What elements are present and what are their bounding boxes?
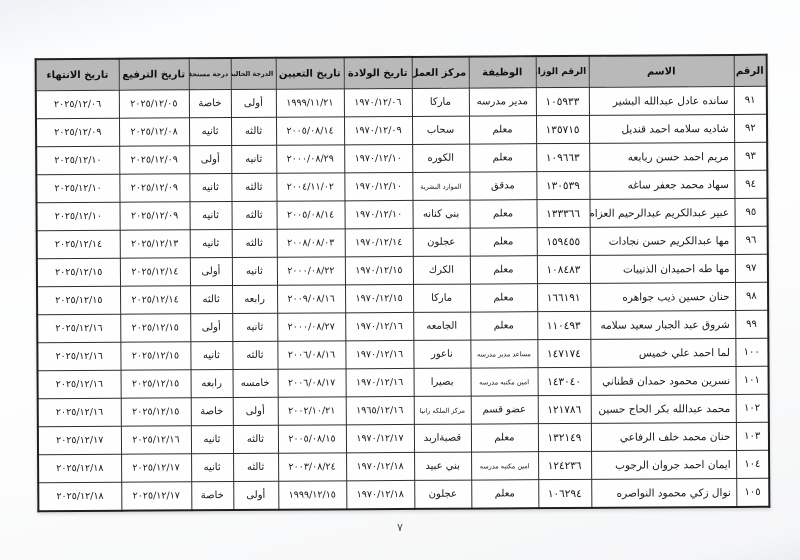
- cell-current_grade: أولى: [233, 397, 278, 425]
- cell-hire_date: ٢٠٠٤/١١/٠٢: [276, 173, 344, 201]
- cell-job: عضو قسم: [471, 396, 538, 424]
- cell-job: معلم: [469, 144, 536, 172]
- cell-current_grade: ثالثه: [231, 201, 276, 229]
- cell-birth_date: ١٩٧٠/١٢/٠٩: [344, 116, 412, 144]
- cell-ministry_no: ١٠٨٤٨٣: [537, 255, 590, 283]
- cell-ministry_no: ١١٠٤٩٣: [537, 311, 590, 339]
- cell-work_center: بني عبيد: [414, 452, 471, 480]
- cell-job: معلم: [470, 256, 537, 284]
- table-row: ٩١سانده عادل عبدالله البشير١٠٥٩٣٣مدير مد…: [36, 86, 767, 118]
- cell-current_grade: ثالثه: [231, 117, 276, 145]
- cell-due_grade: أولى: [190, 258, 232, 286]
- table-row: ٩٩شروق عبد الجبار سعيد سلامه١١٠٤٩٣معلمال…: [37, 310, 768, 342]
- table-row: ٩٦مها عبدالكريم حسن نجادات١٥٩٤٥٥معلمعجلو…: [37, 226, 768, 258]
- cell-current_grade: أولى: [233, 481, 278, 510]
- cell-work_center: الكوره: [412, 144, 469, 172]
- cell-end_date: ٢٠٢٥/١٢/١٠: [37, 202, 120, 231]
- cell-hire_date: ٢٠٠٣/٠٨/٢٤: [278, 453, 346, 481]
- cell-end_date: ٢٠٢٥/١٢/١٥: [37, 286, 120, 315]
- cell-work_center: عجلون: [413, 228, 470, 256]
- cell-due_grade: ثانيه: [189, 118, 231, 146]
- column-header-work_center: مركز العمل: [412, 57, 469, 89]
- cell-hire_date: ٢٠٠٥/٠٨/١٥: [278, 425, 346, 453]
- cell-promotion_date: ٢٠٢٥/١٢/١٥: [120, 314, 190, 342]
- column-header-birth_date: تاريخ الولادة: [344, 57, 412, 89]
- column-header-due_grade: درجة مستحقة: [189, 58, 231, 90]
- cell-due_grade: ثانيه: [191, 454, 233, 482]
- cell-birth_date: ١٩٧٠/١٢/١٨: [346, 452, 414, 480]
- cell-end_date: ٢٠٢٥/١٢/١٦: [38, 370, 121, 399]
- cell-current_grade: ثالثه: [231, 173, 276, 201]
- cell-due_grade: أولى: [190, 314, 232, 342]
- cell-num: ٩٥: [734, 198, 767, 226]
- cell-name: مها عبدالكريم حسن نجادات: [590, 226, 735, 255]
- cell-current_grade: ثالثه: [233, 425, 278, 453]
- cell-birth_date: ١٩٧٠/١٢/١٦: [345, 312, 413, 340]
- cell-ministry_no: ١٣٥٧١٥: [536, 115, 589, 143]
- cell-job: مدير مدرسه: [469, 88, 536, 116]
- document-page: الرقمالاسمالرقم الوزاريالوظيفةمركز العمل…: [0, 0, 800, 560]
- cell-current_grade: ثالثه: [233, 453, 278, 481]
- column-header-num: الرقم: [734, 55, 767, 87]
- column-header-job: الوظيفة: [469, 56, 536, 88]
- cell-name: حنان محمد خلف الرفاعي: [591, 422, 736, 451]
- cell-ministry_no: ١٢٤٢٣٦: [538, 451, 591, 479]
- cell-ministry_no: ١٣٢١٤٩: [538, 423, 591, 451]
- cell-end_date: ٢٠٢٥/١٢/١٦: [37, 314, 120, 343]
- cell-hire_date: ٢٠٠٩/٠٨/١٦: [277, 285, 345, 313]
- cell-work_center: ناعور: [413, 340, 470, 368]
- cell-name: مريم احمد حسن ربابعه: [589, 142, 734, 171]
- column-header-hire_date: تاريخ التعيين: [276, 57, 344, 89]
- cell-promotion_date: ٢٠٢٥/١٢/١٧: [121, 454, 191, 482]
- cell-due_grade: ثانيه: [191, 426, 233, 454]
- cell-birth_date: ١٩٧٠/١٢/١٠: [344, 172, 412, 200]
- cell-ministry_no: ١٠٦٢٩٤: [538, 479, 591, 508]
- cell-name: حنان حسين ذيب جواهره: [590, 282, 735, 311]
- cell-end_date: ٢٠٢٥/١٢/١٤: [37, 230, 120, 259]
- cell-birth_date: ١٩٧٠/١٢/٠٦: [344, 88, 412, 116]
- cell-end_date: ٢٠٢٥/١٢/٠٩: [36, 118, 119, 147]
- cell-promotion_date: ٢٠٢٥/١٢/١٧: [121, 482, 191, 511]
- cell-end_date: ٢٠٢٥/١٢/١٠: [36, 146, 119, 175]
- cell-promotion_date: ٢٠٢٥/١٢/١٤: [120, 286, 190, 314]
- cell-end_date: ٢٠٢٥/١٢/١٨: [38, 454, 121, 483]
- cell-name: مها طه احميدان الذنيبات: [590, 254, 735, 283]
- cell-name: محمد عبدالله بكر الحاج حسين: [591, 394, 736, 423]
- cell-due_grade: ثانيه: [190, 342, 232, 370]
- table-row: ٩٧مها طه احميدان الذنيبات١٠٨٤٨٣معلمالكرك…: [37, 254, 768, 286]
- cell-end_date: ٢٠٢٥/١٢/٠٦: [36, 90, 119, 119]
- cell-due_grade: ثانيه: [190, 202, 232, 230]
- cell-ministry_no: ١٤٧١٧٤: [537, 339, 590, 367]
- cell-work_center: ماركا: [412, 88, 469, 116]
- column-header-ministry_no: الرقم الوزاري: [536, 56, 589, 88]
- cell-name: لما احمد علي خميس: [590, 338, 735, 367]
- cell-work_center: قصبةاربد: [414, 424, 471, 452]
- cell-birth_date: ١٩٧٠/١٢/١٥: [345, 256, 413, 284]
- cell-job: معلم: [470, 228, 537, 256]
- cell-num: ٩٨: [735, 282, 768, 310]
- cell-job: امين مكتبه مدرسه: [471, 452, 538, 480]
- cell-name: شاديه سلامه احمد قنديل: [589, 114, 734, 143]
- cell-hire_date: ٢٠٠٥/٠٨/١٤: [276, 201, 344, 229]
- table-row: ١٠٣حنان محمد خلف الرفاعي١٣٢١٤٩معلمقصبةار…: [38, 422, 769, 454]
- cell-current_grade: رابعه: [232, 285, 277, 313]
- cell-hire_date: ٢٠٠٨/٠٨/٠٣: [277, 229, 345, 257]
- cell-current_grade: ثانيه: [232, 313, 277, 341]
- cell-promotion_date: ٢٠٢٥/١٢/١٣: [120, 230, 190, 258]
- cell-due_grade: رابعه: [191, 370, 233, 398]
- cell-work_center: مركز الملكه رانيا: [414, 396, 471, 424]
- cell-current_grade: ثالثه: [232, 341, 277, 369]
- cell-promotion_date: ٢٠٢٥/١٢/١٦: [121, 426, 191, 454]
- cell-current_grade: ثانيه: [231, 145, 276, 173]
- cell-work_center: بني كنانه: [412, 200, 469, 228]
- column-header-promotion_date: تاريخ الترفيع: [119, 58, 189, 90]
- cell-name: سانده عادل عبدالله البشير: [589, 86, 734, 115]
- cell-promotion_date: ٢٠٢٥/١٢/٠٨: [119, 118, 189, 146]
- column-header-name: الاسم: [589, 55, 734, 87]
- table-row: ٩٣مريم احمد حسن ربابعه١٠٩٦٦٣معلمالكوره١٩…: [36, 142, 767, 174]
- cell-promotion_date: ٢٠٢٥/١٢/١٥: [121, 370, 191, 398]
- cell-birth_date: ١٩٧٠/١٢/١٠: [344, 200, 412, 228]
- cell-name: سهاد محمد جعفر ساغه: [589, 170, 734, 199]
- cell-num: ١٠٥: [736, 478, 769, 507]
- cell-birth_date: ١٩٧٠/١٢/١٤: [345, 228, 413, 256]
- table-row: ٩٢شاديه سلامه احمد قنديل١٣٥٧١٥معلمسحاب١٩…: [36, 114, 767, 146]
- cell-promotion_date: ٢٠٢٥/١٢/١٤: [120, 258, 190, 286]
- table-row: ١٠٥نوال زكي محمود النواصره١٠٦٢٩٤معلمعجلو…: [38, 478, 769, 511]
- cell-num: ٩٦: [735, 226, 768, 254]
- table-row: ٩٤سهاد محمد جعفر ساغه١٣٠٥٣٩مدققالموارد ا…: [36, 170, 767, 202]
- cell-birth_date: ١٩٦٥/١٢/١٦: [346, 396, 414, 424]
- cell-hire_date: ١٩٩٩/١١/٢١: [276, 89, 344, 117]
- cell-hire_date: ٢٠٠٠/٠٨/٢٧: [277, 313, 345, 341]
- cell-work_center: بصيرا: [414, 368, 471, 396]
- cell-ministry_no: ١٦٦١٩١: [537, 283, 590, 311]
- column-header-end_date: تاريخ الانتهاء: [36, 59, 119, 91]
- cell-promotion_date: ٢٠٢٥/١٢/١٥: [121, 398, 191, 426]
- cell-job: معلم: [471, 424, 538, 452]
- cell-end_date: ٢٠٢٥/١٢/١٥: [37, 258, 120, 287]
- cell-current_grade: ثالثه: [232, 229, 277, 257]
- cell-num: ٩٣: [734, 142, 767, 170]
- cell-promotion_date: ٢٠٢٥/١٢/٠٩: [120, 202, 190, 230]
- table-row: ٩٨حنان حسين ذيب جواهره١٦٦١٩١معلمماركا١٩٧…: [37, 282, 768, 314]
- cell-promotion_date: ٢٠٢٥/١٢/٠٩: [119, 146, 189, 174]
- cell-job: معلم: [471, 480, 538, 509]
- cell-hire_date: ٢٠٠٦/٠٨/١٦: [277, 341, 345, 369]
- cell-end_date: ٢٠٢٥/١٢/١٧: [38, 426, 121, 455]
- cell-num: ١٠٣: [736, 422, 769, 450]
- cell-due_grade: ثالثه: [190, 286, 232, 314]
- cell-ministry_no: ١٠٥٩٣٣: [536, 87, 589, 115]
- page-number: ٧: [0, 521, 800, 534]
- cell-due_grade: ثانيه: [190, 230, 232, 258]
- cell-work_center: الموارد البشرية: [412, 172, 469, 200]
- cell-num: ٩٧: [735, 254, 768, 282]
- cell-hire_date: ١٩٩٩/١٢/١٥: [278, 481, 346, 510]
- cell-birth_date: ١٩٧٠/١٢/١٦: [345, 340, 413, 368]
- cell-birth_date: ١٩٧٠/١٢/١٨: [346, 480, 414, 509]
- cell-current_grade: أولى: [231, 89, 276, 117]
- cell-work_center: الجامعه: [413, 312, 470, 340]
- cell-job: مساعد مدير مدرسه: [470, 340, 537, 368]
- cell-name: ايمان احمد جروان الرجوب: [591, 450, 736, 479]
- cell-birth_date: ١٩٧٠/١٢/١٥: [345, 284, 413, 312]
- table-row: ١٠٠لما احمد علي خميس١٤٧١٧٤مساعد مدير مدر…: [37, 338, 768, 370]
- cell-name: نوال زكي محمود النواصره: [591, 478, 736, 507]
- cell-due_grade: ثانيه: [189, 174, 231, 202]
- cell-ministry_no: ١٣٣٣٦٦: [536, 199, 589, 227]
- cell-job: معلم: [470, 312, 537, 340]
- cell-promotion_date: ٢٠٢٥/١٢/٠٩: [119, 174, 189, 202]
- table-row: ١٠٤ايمان احمد جروان الرجوب١٢٤٢٣٦امين مكت…: [38, 450, 769, 482]
- table-row: ١٠١نسرين محمود حمدان قطناني١٤٣٠٤٠امين مك…: [38, 366, 769, 398]
- cell-num: ١٠٢: [736, 394, 769, 422]
- cell-num: ١٠١: [736, 366, 769, 394]
- cell-job: معلم: [469, 116, 536, 144]
- cell-work_center: الكرك: [413, 256, 470, 284]
- cell-hire_date: ٢٠٠٦/٠٨/١٧: [278, 369, 346, 397]
- cell-birth_date: ١٩٧٠/١٢/١٦: [346, 368, 414, 396]
- cell-work_center: ماركا: [413, 284, 470, 312]
- table-row: ١٠٢محمد عبدالله بكر الحاج حسين١٢١٧٨٦عضو …: [38, 394, 769, 426]
- cell-end_date: ٢٠٢٥/١٢/١٨: [38, 482, 121, 511]
- cell-promotion_date: ٢٠٢٥/١٢/٠٥: [119, 90, 189, 118]
- cell-current_grade: خامسه: [233, 369, 278, 397]
- cell-work_center: سحاب: [412, 116, 469, 144]
- cell-name: عبير عبدالكريم عبدالرحيم العزام: [589, 198, 734, 227]
- cell-num: ١٠٠: [735, 338, 768, 366]
- cell-num: ٩٤: [734, 170, 767, 198]
- cell-ministry_no: ١٥٩٤٥٥: [537, 227, 590, 255]
- cell-ministry_no: ١٠٩٦٦٣: [536, 143, 589, 171]
- cell-ministry_no: ١٢١٧٨٦: [538, 395, 591, 423]
- column-header-current_grade: الدرجة الحالية: [231, 58, 276, 90]
- cell-num: ٩٩: [735, 310, 768, 338]
- cell-due_grade: أولى: [189, 146, 231, 174]
- cell-hire_date: ٢٠٠٠/٠٨/٢٩: [276, 145, 344, 173]
- cell-name: شروق عبد الجبار سعيد سلامه: [590, 310, 735, 339]
- cell-job: امين مكتبه مدرسه: [471, 368, 538, 396]
- cell-end_date: ٢٠٢٥/١٢/١٠: [36, 174, 119, 203]
- cell-job: معلم: [470, 284, 537, 312]
- cell-promotion_date: ٢٠٢٥/١٢/١٥: [120, 342, 190, 370]
- table-row: ٩٥عبير عبدالكريم عبدالرحيم العزام١٣٣٣٦٦م…: [37, 198, 768, 230]
- cell-num: ٩١: [734, 86, 767, 114]
- cell-hire_date: ٢٠٠٠/٠٨/٢٢: [277, 257, 345, 285]
- cell-due_grade: خاصة: [191, 482, 233, 511]
- promotions-table: الرقمالاسمالرقم الوزاريالوظيفةمركز العمل…: [35, 54, 771, 512]
- cell-end_date: ٢٠٢٥/١٢/١٦: [38, 398, 121, 427]
- cell-job: مدقق: [469, 172, 536, 200]
- cell-ministry_no: ١٤٣٠٤٠: [538, 367, 591, 395]
- cell-name: نسرين محمود حمدان قطناني: [591, 366, 736, 395]
- cell-ministry_no: ١٣٠٥٣٩: [536, 171, 589, 199]
- cell-hire_date: ٢٠٠٢/١٠/٢١: [278, 397, 346, 425]
- cell-num: ٩٢: [734, 114, 767, 142]
- cell-birth_date: ١٩٧٠/١٢/١٧: [346, 424, 414, 452]
- table-header-row: الرقمالاسمالرقم الوزاريالوظيفةمركز العمل…: [36, 55, 767, 91]
- cell-job: معلم: [469, 200, 536, 228]
- cell-end_date: ٢٠٢٥/١٢/١٦: [37, 342, 120, 371]
- cell-due_grade: خاصة: [189, 90, 231, 118]
- cell-birth_date: ١٩٧٠/١٢/١٠: [344, 144, 412, 172]
- cell-num: ١٠٤: [736, 450, 769, 478]
- cell-due_grade: خاصة: [191, 398, 233, 426]
- cell-work_center: عجلون: [414, 480, 471, 509]
- cell-current_grade: ثانيه: [232, 257, 277, 285]
- cell-hire_date: ٢٠٠٥/٠٨/١٤: [276, 117, 344, 145]
